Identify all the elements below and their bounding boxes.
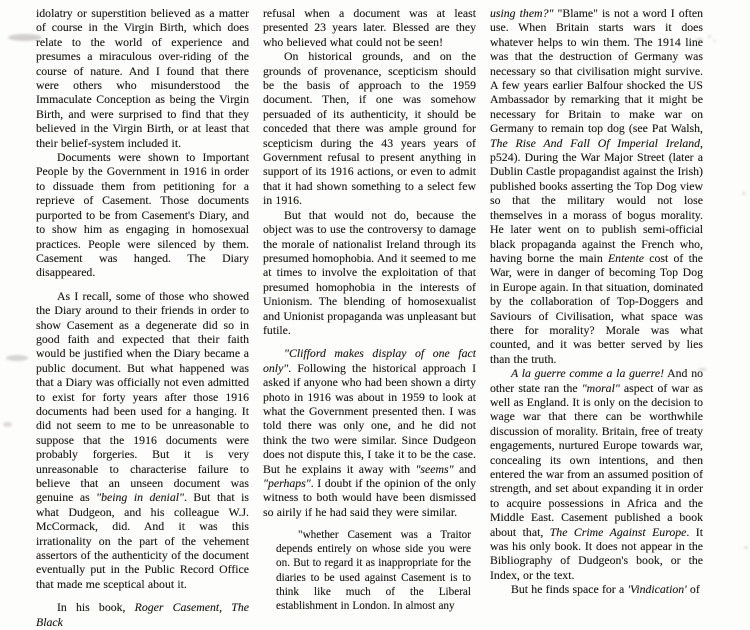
text-columns: idolatry or superstition believed as a m… [36, 6, 703, 630]
text-segment: The Rise And Fall Of Imperial Ireland [490, 136, 700, 150]
paragraph: A la guerre comme a la guerre! And no ot… [490, 366, 703, 582]
text-segment: , p524). During the War Major Street (la… [490, 136, 703, 265]
text-segment: The Crime Against Europe [550, 525, 687, 539]
text-segment: 'Vindication' [627, 582, 686, 596]
scan-artifact [8, 34, 42, 41]
text-segment: and [454, 462, 476, 476]
text-segment: "whether Casement was a Traitor depends … [276, 529, 471, 611]
paragraph: In his book, Roger Casement, The Black [36, 600, 249, 629]
text-segment: using them?" [490, 6, 553, 20]
text-segment: cost of the War, were in danger of becom… [490, 251, 703, 366]
paragraph: "Clifford makes display of one fact only… [263, 346, 476, 519]
text-segment: "moral" [582, 381, 620, 395]
text-segment: aspect of war as well as England. It is … [490, 381, 703, 539]
scan-artifact [742, 192, 746, 195]
paragraph: But that would not do, because the objec… [263, 208, 476, 338]
paragraph: As I recall, some of those who showed th… [36, 289, 249, 592]
text-segment: "perhaps" [263, 476, 311, 490]
scan-artifact [696, 38, 703, 41]
text-segment: "Blame" is not a word I often use. When … [490, 6, 703, 135]
scan-artifact [3, 422, 12, 427]
text-segment: idolatry or superstition believed as a m… [36, 6, 249, 150]
paragraph: refusal when a document was at least pre… [263, 6, 476, 49]
text-segment: "being in denial" [96, 490, 184, 504]
text-segment: "seems" [415, 462, 453, 476]
scan-artifact [697, 368, 707, 371]
text-segment: On historical grounds, and on the ground… [263, 49, 476, 207]
text-segment: . Following the historical approach I as… [263, 361, 476, 476]
scanned-page: idolatry or superstition believed as a m… [0, 0, 750, 630]
paragraph: idolatry or superstition believed as a m… [36, 6, 249, 150]
paragraph: On historical grounds, and on the ground… [263, 49, 476, 207]
paragraph: Documents were shown to Important People… [36, 150, 249, 280]
paragraph: using them?" "Blame" is not a word I oft… [490, 6, 703, 366]
text-segment: In his book, [57, 600, 135, 614]
text-segment: refusal when a document was at least pre… [263, 6, 476, 49]
scan-artifact [708, 35, 711, 38]
scan-artifact [744, 546, 748, 549]
scan-artifact [713, 40, 716, 42]
column-3: using them?" "Blame" is not a word I oft… [490, 6, 703, 630]
text-segment: of [687, 582, 700, 596]
text-segment: Documents were shown to Important People… [36, 150, 249, 279]
text-segment: But he finds space for a [511, 582, 627, 596]
scan-artifact [6, 355, 28, 361]
text-segment: But that would not do, because the objec… [263, 208, 476, 337]
text-segment: . But that is what Dudgeon, and his coll… [36, 490, 249, 590]
block-quote: "whether Casement was a Traitor depends … [263, 528, 476, 613]
text-segment: Entente [608, 251, 644, 265]
column-1: idolatry or superstition believed as a m… [36, 6, 249, 630]
paragraph: But he finds space for a 'Vindication' o… [490, 582, 703, 596]
text-segment: As I recall, some of those who showed th… [36, 289, 249, 505]
text-segment: A la guerre comme a la guerre! [511, 366, 664, 380]
column-2: refusal when a document was at least pre… [263, 6, 476, 630]
